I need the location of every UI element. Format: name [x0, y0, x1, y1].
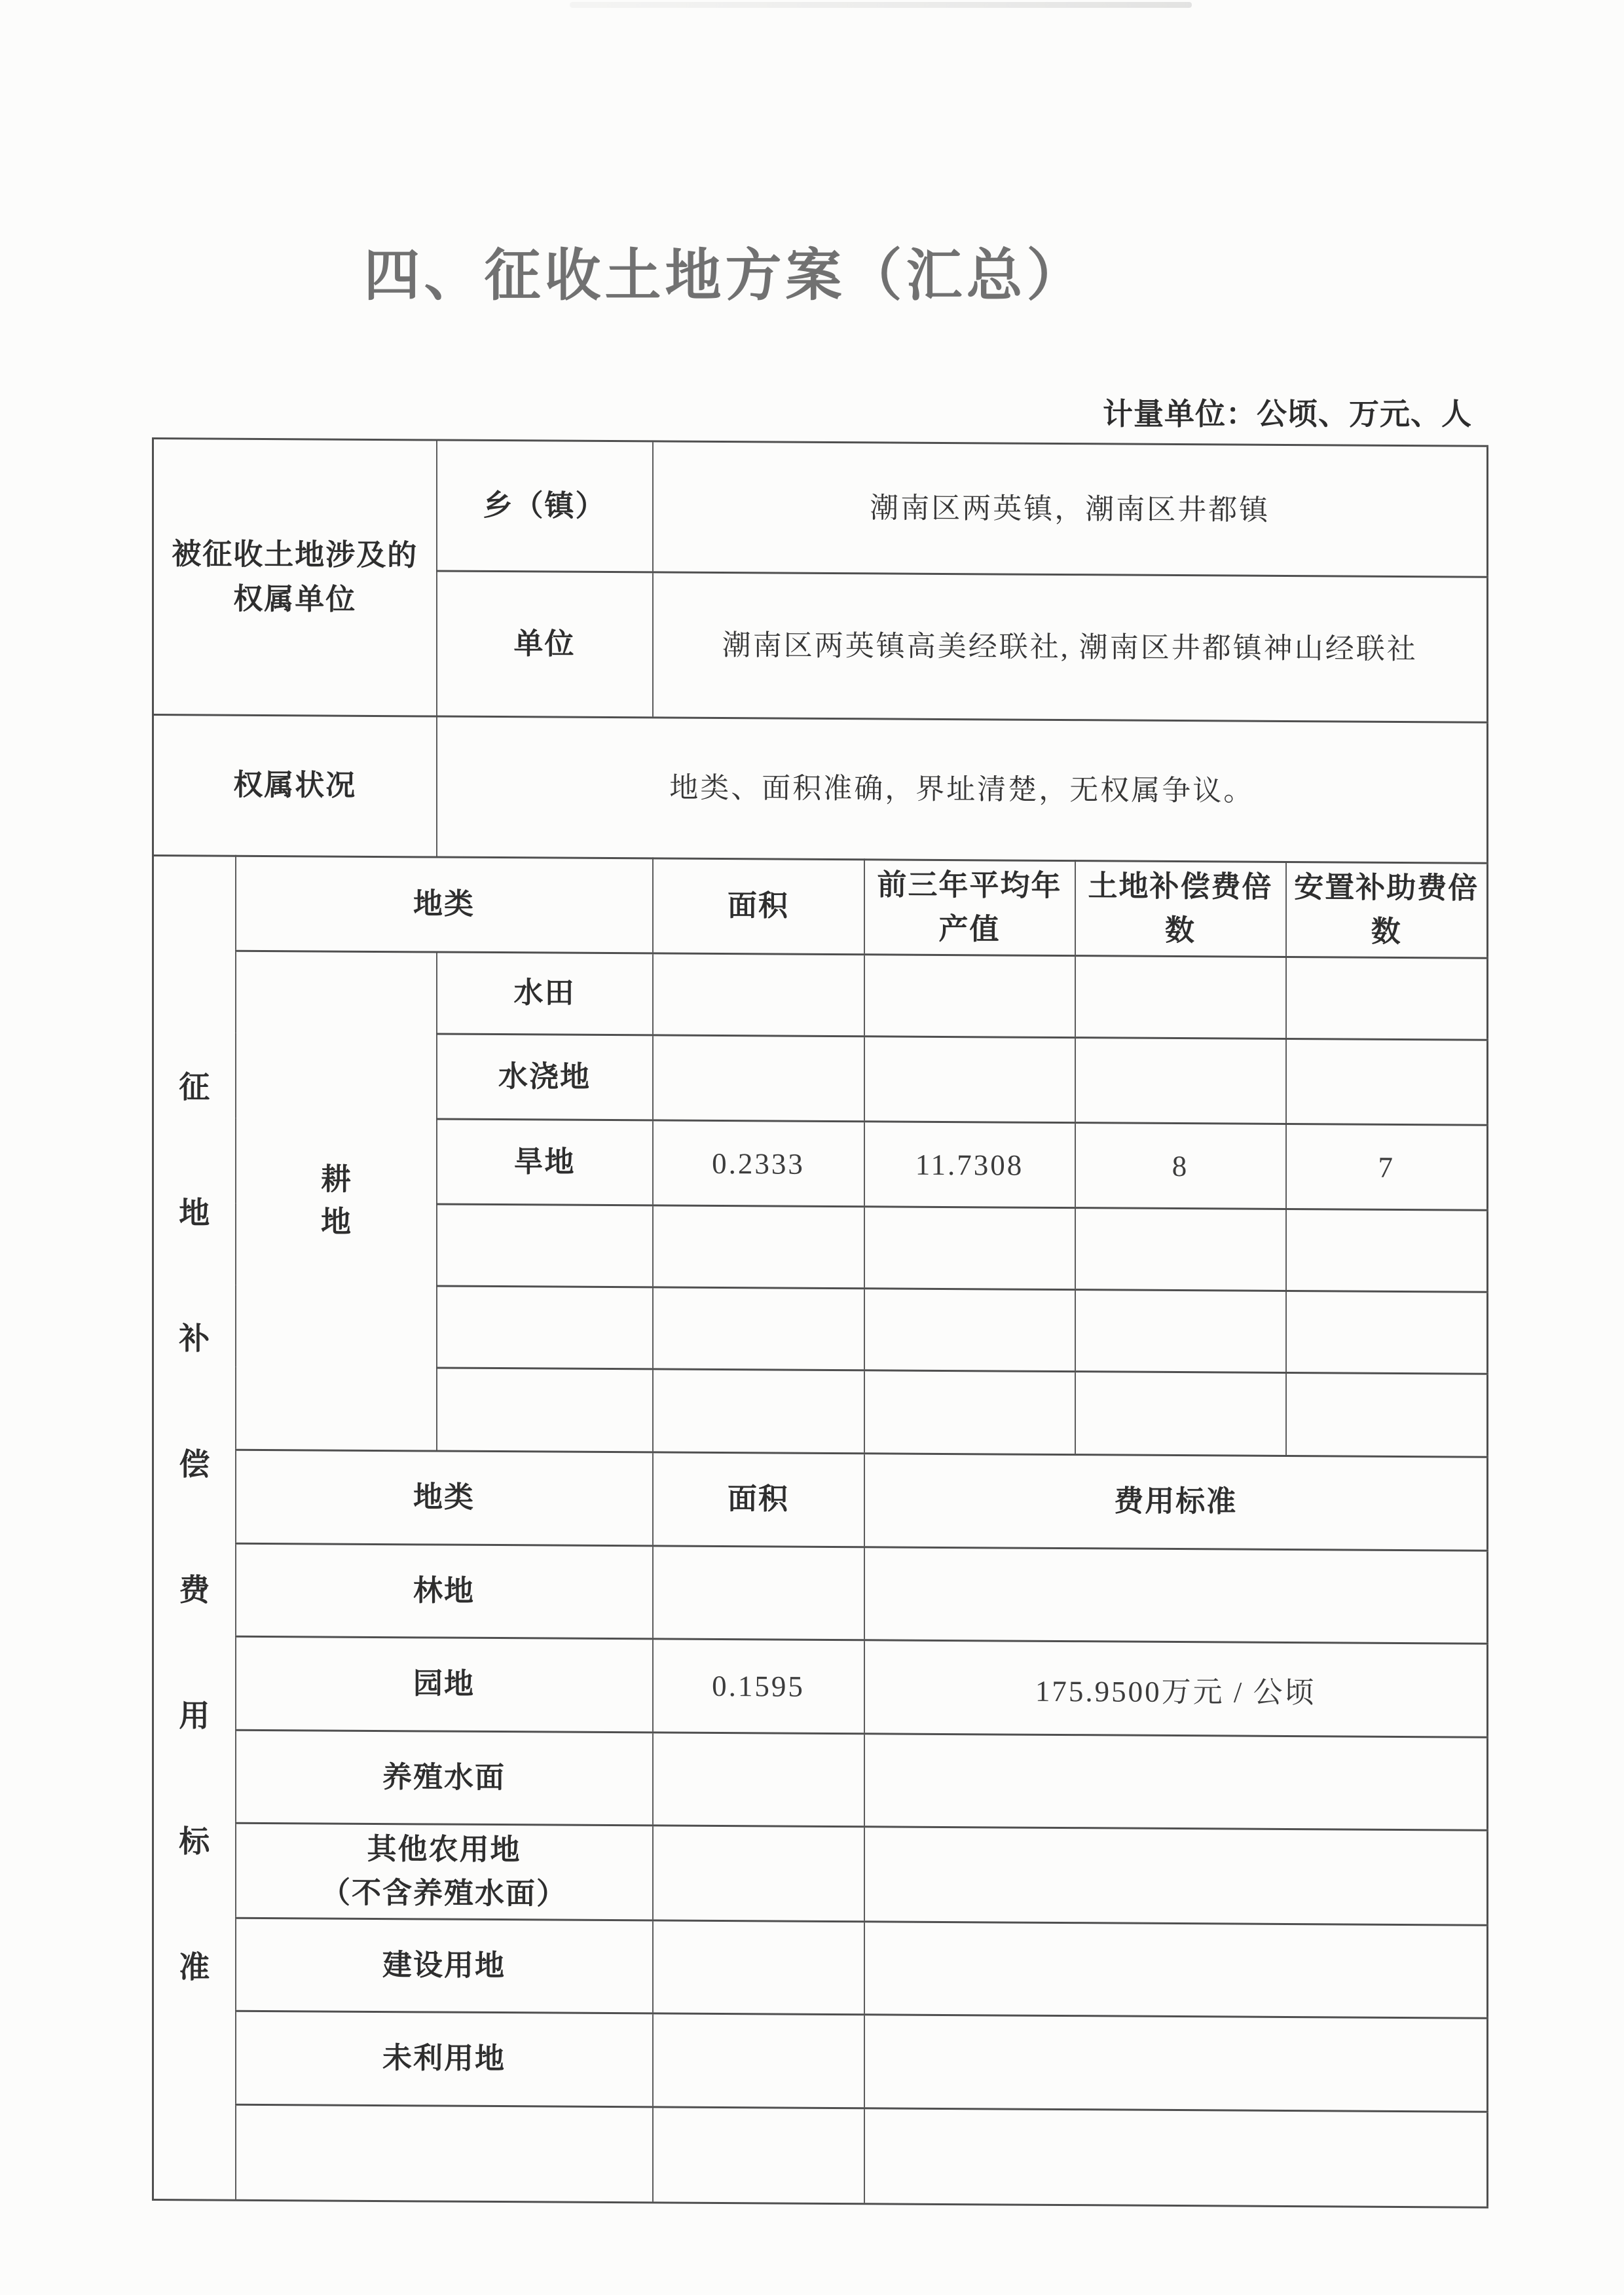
- resettle-multiple-cell: [1286, 1209, 1488, 1292]
- measurement-unit-note: 计量单位：公顷、万元、人: [1103, 390, 1472, 433]
- area-cell: 0.2333: [653, 1120, 864, 1207]
- fee-standard-cell: [864, 2108, 1488, 2207]
- land-type-header-cell: 地类: [236, 856, 653, 953]
- table-row: 未利用地: [153, 2011, 1488, 2112]
- ownership-units-label-cell: 被征收土地涉及的权属单位: [153, 439, 437, 716]
- area-cell: [653, 1826, 864, 1922]
- land-type-cell: 水浇地: [437, 1034, 653, 1120]
- unit-value-cell: 潮南区两英镇高美经联社, 潮南区井都镇神山经联社: [653, 572, 1488, 722]
- ownership-status-label-cell: 权属状况: [153, 715, 437, 857]
- fee-standard-cell: [864, 1827, 1488, 1925]
- table-row: 地类 面积 费用标准: [153, 1450, 1488, 1551]
- area-cell: [653, 1733, 864, 1827]
- township-value-cell: 潮南区两英镇，潮南区井都镇: [653, 441, 1488, 577]
- land-multiple-cell: [1075, 1208, 1286, 1291]
- fee-standard-cell: [864, 1922, 1488, 2018]
- table-row: 征地补偿费用标准 地类 面积 前三年平均年产值 土地补偿费倍数 安置补助费倍数: [153, 856, 1488, 959]
- table-row: 耕地 水田: [153, 951, 1488, 1040]
- area-cell: [653, 1546, 864, 1640]
- table-row: 其他农用地 （不含养殖水面）: [153, 1823, 1488, 1926]
- land-comp-multiple-header-cell: 土地补偿费倍数: [1075, 861, 1286, 957]
- fee-standard-cell: [864, 1734, 1488, 1830]
- resettlement-multiple-header-cell: 安置补助费倍数: [1286, 862, 1488, 958]
- land-type-cell: 其他农用地 （不含养殖水面）: [236, 1823, 653, 1920]
- area-cell: [653, 2107, 864, 2204]
- table-row: 建设用地: [153, 1918, 1488, 2019]
- area-cell: 0.1595: [653, 1639, 864, 1734]
- avg-output-cell: [864, 1289, 1075, 1372]
- land-type-cell: [437, 1368, 653, 1452]
- land-multiple-cell: [1075, 956, 1286, 1039]
- land-type-cell: 旱地: [437, 1119, 653, 1205]
- land-type-cell: 林地: [236, 1543, 653, 1639]
- land-type-cell: 建设用地: [236, 1918, 653, 2013]
- table-row: 权属状况 地类、面积准确，界址清楚，无权属争议。: [153, 715, 1488, 864]
- avg-output-cell: [864, 955, 1075, 1038]
- cultivated-land-group-cell: 耕地: [236, 951, 437, 1451]
- area-cell: [653, 953, 864, 1037]
- resettle-multiple-cell: [1286, 1038, 1488, 1125]
- area-header-cell: 面积: [653, 858, 864, 955]
- area-cell: [653, 1920, 864, 2015]
- table-row: 园地 0.1595 175.9500万元 / 公顷: [153, 1636, 1488, 1738]
- avg-output-cell: [864, 1037, 1075, 1123]
- land-type-cell: 水田: [437, 952, 653, 1035]
- avg-output-header-cell: 前三年平均年产值: [864, 860, 1075, 956]
- fee-standard-cell: [864, 2015, 1488, 2112]
- land-multiple-cell: 8: [1075, 1123, 1286, 1209]
- land-type-cell: [437, 1286, 653, 1369]
- section-label-vertical: 征地补偿费用标准: [177, 1025, 212, 2030]
- table-row: 养殖水面: [153, 1730, 1488, 1831]
- land-type-cell: [236, 2104, 653, 2203]
- scanned-document-page: 四、征收土地方案（汇总） 计量单位：公顷、万元、人 被征收土地涉及的权属单位 乡…: [0, 0, 1624, 2295]
- fee-standard-header-cell: 费用标准: [864, 1454, 1488, 1551]
- unit-label-cell: 单位: [437, 571, 653, 718]
- area-cell: [653, 1205, 864, 1289]
- resettle-multiple-cell: [1286, 1372, 1488, 1457]
- land-type-cell: 园地: [236, 1636, 653, 1733]
- land-multiple-cell: [1075, 1290, 1286, 1373]
- scan-artifact-line: [570, 2, 1192, 8]
- fee-standard-cell: 175.9500万元 / 公顷: [864, 1640, 1488, 1737]
- ownership-status-value-cell: 地类、面积准确，界址清楚，无权属争议。: [437, 716, 1488, 863]
- land-type-cell: 未利用地: [236, 2011, 653, 2107]
- area-cell: [653, 1369, 864, 1454]
- resettle-multiple-cell: 7: [1286, 1124, 1488, 1210]
- section-label-cell: 征地补偿费用标准: [153, 856, 236, 2201]
- land-type-cell: [437, 1204, 653, 1287]
- table-row: [153, 2104, 1488, 2208]
- avg-output-cell: [864, 1207, 1075, 1290]
- land-requisition-summary-table: 被征收土地涉及的权属单位 乡（镇） 潮南区两英镇，潮南区井都镇 单位 潮南区两英…: [152, 437, 1488, 2209]
- resettle-multiple-cell: [1286, 1291, 1488, 1374]
- fee-standard-cell: [864, 1547, 1488, 1643]
- table-row: 被征收土地涉及的权属单位 乡（镇） 潮南区两英镇，潮南区井都镇: [153, 439, 1488, 578]
- land-multiple-cell: [1075, 1372, 1286, 1456]
- area-header-cell: 面积: [653, 1452, 864, 1547]
- land-type-cell: 养殖水面: [236, 1730, 653, 1826]
- land-type-header-cell: 地类: [236, 1450, 653, 1546]
- area-cell: [653, 2013, 864, 2108]
- area-cell: [653, 1287, 864, 1370]
- resettle-multiple-cell: [1286, 957, 1488, 1040]
- land-multiple-cell: [1075, 1038, 1286, 1124]
- table-row: 林地: [153, 1543, 1488, 1644]
- avg-output-cell: [864, 1370, 1075, 1455]
- area-cell: [653, 1035, 864, 1122]
- cultivated-land-group-label: 耕地: [320, 1159, 352, 1243]
- page-title: 四、征收土地方案（汇总）: [0, 244, 1450, 308]
- township-label-cell: 乡（镇）: [437, 440, 653, 572]
- avg-output-cell: 11.7308: [864, 1122, 1075, 1208]
